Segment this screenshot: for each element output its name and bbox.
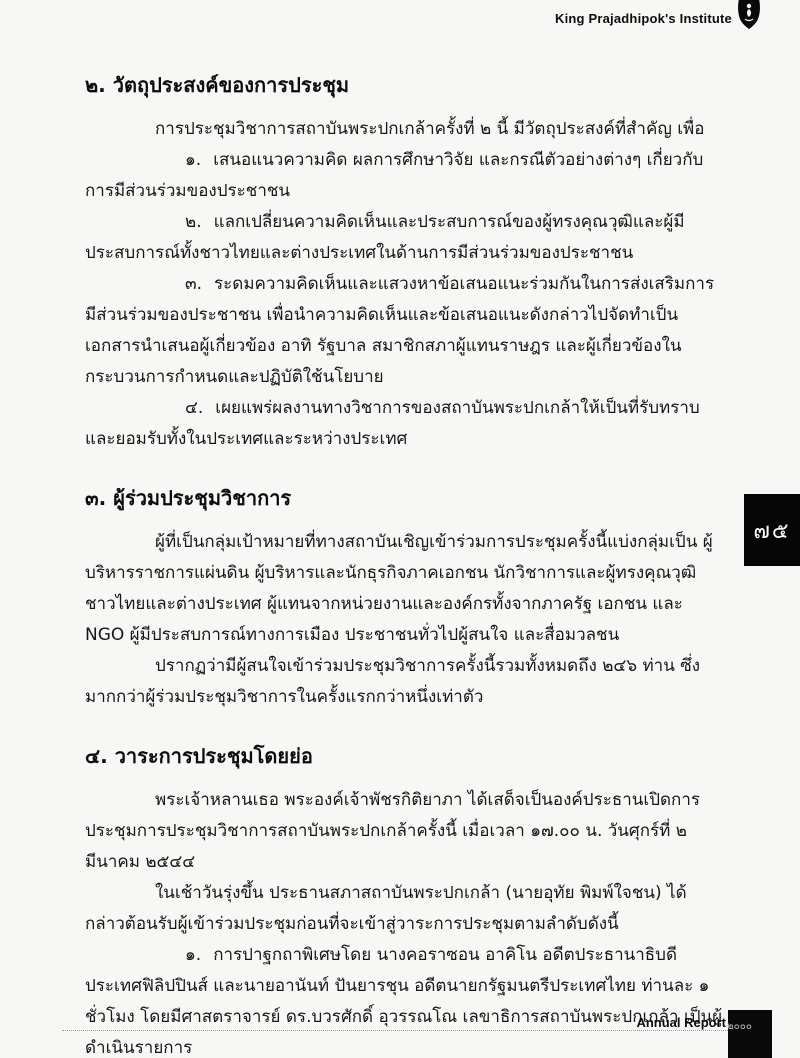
section-heading-agenda: ๔. วาระการประชุมโดยย่อ: [85, 743, 723, 769]
agenda-paragraph-opening: พระเจ้าหลานเธอ พระองค์เจ้าพัชรกิติยาภา ไ…: [85, 785, 723, 878]
objective-item: ๑.เสนอแนวความคิด ผลการศึกษาวิจัย และกรณี…: [85, 145, 723, 207]
item-number: ๒.: [135, 207, 202, 238]
institute-name: King Prajadhipok's Institute: [555, 11, 732, 26]
section-heading-participants: ๓. ผู้ร่วมประชุมวิชาการ: [85, 485, 723, 511]
participants-count-paragraph: ปรากฏว่ามีผู้สนใจเข้าร่วมประชุมวิชาการคร…: [85, 651, 723, 713]
section-heading-objectives: ๒. วัตถุประสงค์ของการประชุม: [85, 72, 723, 98]
objectives-intro: การประชุมวิชาการสถาบันพระปกเกล้าครั้งที่…: [85, 114, 723, 145]
document-page: King Prajadhipok's Institute ๒. วัตถุประ…: [0, 0, 800, 1058]
agenda-paragraph-welcome: ในเช้าวันรุ่งขึ้น ประธานสภาสถาบันพระปกเก…: [85, 878, 723, 940]
document-body: ๒. วัตถุประสงค์ของการประชุม การประชุมวิช…: [85, 46, 723, 1058]
footer-corner-block: [728, 1010, 772, 1058]
footer-rule: [62, 1030, 730, 1031]
item-number: ๑.: [135, 940, 201, 971]
objective-item: ๒.แลกเปลี่ยนความคิดเห็นและประสบการณ์ของผ…: [85, 207, 723, 269]
page-header: King Prajadhipok's Institute: [0, 0, 800, 46]
annual-report-year: ๒๐๐๐: [727, 1019, 752, 1034]
objective-item: ๔.เผยแพร่ผลงานทางวิชาการของสถาบันพระปกเก…: [85, 393, 723, 455]
item-number: ๔.: [135, 393, 203, 424]
item-number: ๓.: [135, 269, 202, 300]
participants-paragraph: ผู้ที่เป็นกลุ่มเป้าหมายที่ทางสถาบันเชิญเ…: [85, 527, 723, 651]
page-number: ๗๕: [753, 513, 790, 548]
objective-item: ๓.ระดมความคิดเห็นและแสวงหาข้อเสนอแนะร่วม…: [85, 269, 723, 393]
item-number: ๑.: [135, 145, 201, 176]
annual-report-label: Annual Report: [636, 1015, 726, 1030]
page-footer: Annual Report ๒๐๐๐: [0, 1008, 800, 1058]
page-number-tab: ๗๕: [744, 494, 800, 566]
institute-emblem-icon: [737, 0, 761, 30]
